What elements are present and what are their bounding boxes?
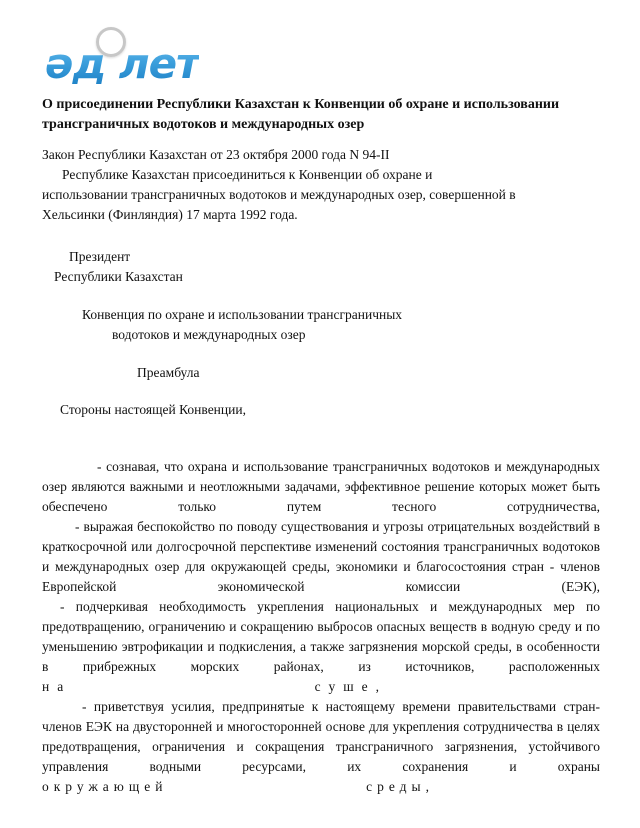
tail-right: суше, — [315, 677, 387, 697]
document-title: О присоединении Республики Казахстан к К… — [42, 95, 600, 134]
clause-emphasizing-tail: на суше, — [42, 677, 387, 697]
clause-emphasizing: - подчеркивая необходимость укрепления н… — [42, 597, 600, 677]
tail-left: на — [42, 677, 71, 697]
clause-commending: - приветствуя усилия, предпринятые к нас… — [42, 697, 600, 777]
accession-line2: использовании трансграничных водотоков и… — [42, 185, 600, 205]
logo-text-post: лет — [119, 39, 200, 88]
convention-title-line1: Конвенция по охране и использовании тран… — [42, 305, 600, 325]
document-body: О присоединении Республики Казахстан к К… — [0, 95, 640, 797]
preamble-clauses: - сознавая, что охрана и использование т… — [42, 457, 600, 797]
law-reference-line: Закон Республики Казахстан от 23 октября… — [42, 145, 600, 165]
document-title-line1: О присоединении Республики Казахстан к К… — [42, 95, 600, 115]
accession-line1: Республике Казахстан присоединиться к Ко… — [42, 165, 600, 185]
preamble-heading: Преамбула — [42, 363, 600, 383]
tail-left: окружающей — [42, 777, 167, 797]
logo-text-pre: әд — [45, 39, 105, 88]
parties-line: Стороны настоящей Конвенции, — [42, 400, 600, 420]
adilet-logo-text: әділет — [45, 40, 199, 88]
accession-line3: Хельсинки (Финляндия) 17 марта 1992 года… — [42, 205, 600, 225]
accession-paragraph: Республике Казахстан присоединиться к Ко… — [42, 165, 600, 225]
convention-title: Конвенция по охране и использовании тран… — [42, 305, 600, 345]
clause-aware: - сознавая, что охрана и использование т… — [42, 457, 600, 517]
convention-title-line2: водотоков и международных озер — [42, 325, 600, 345]
document-title-line2: трансграничных водотоков и международных… — [42, 115, 600, 135]
logo-letter-i: і — [105, 40, 118, 88]
tail-right: среды, — [366, 777, 434, 797]
adilet-logo[interactable]: әділет — [45, 40, 199, 90]
signatory-block: Президент Республики Казахстан — [42, 247, 600, 287]
clause-concerned: - выражая беспокойство по поводу существ… — [42, 517, 600, 597]
signatory-title: Президент — [42, 247, 600, 267]
clause-commending-tail: окружающей среды, — [42, 777, 434, 797]
signatory-country: Республики Казахстан — [42, 267, 600, 287]
